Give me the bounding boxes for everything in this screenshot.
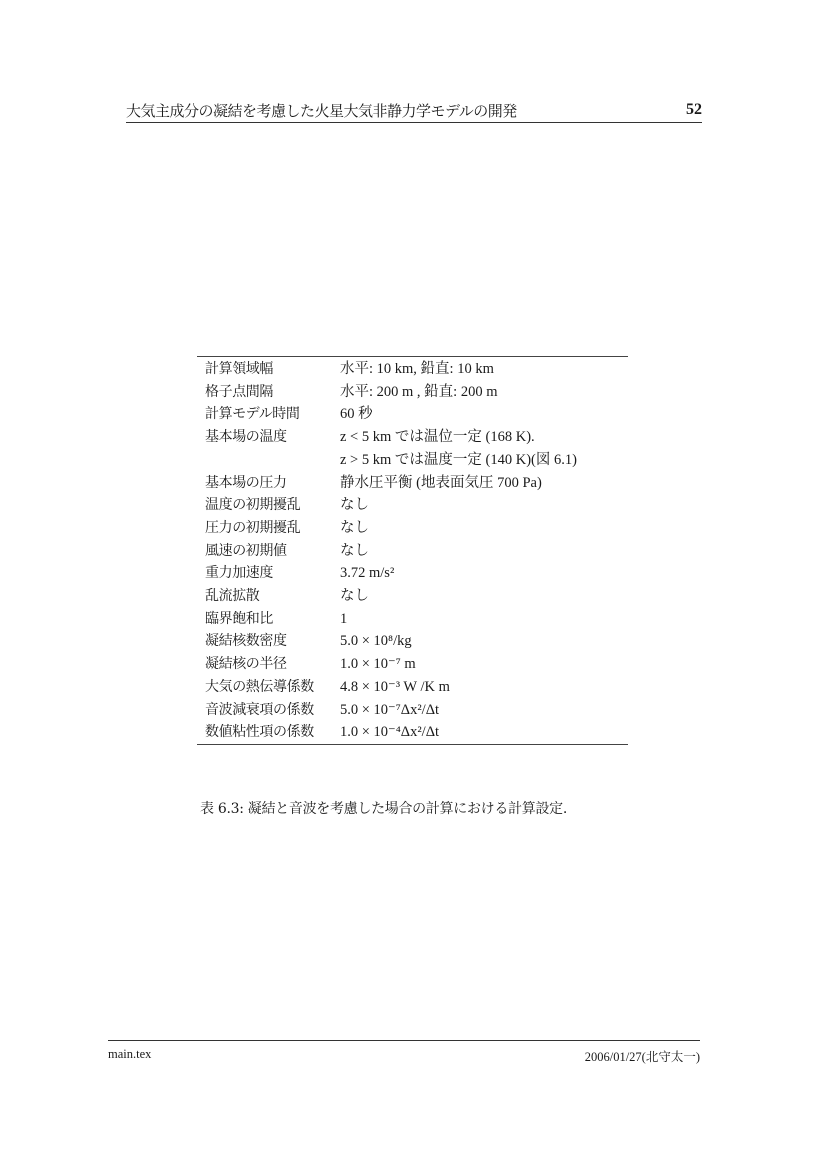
row-value: なし: [340, 517, 628, 540]
row-label: 数値粘性項の係数: [197, 721, 340, 744]
settings-table: 計算領域幅 水平: 10 km, 鉛直: 10 km 格子点間隔 水平: 200…: [197, 356, 628, 745]
row-label: 計算モデル時間: [197, 403, 340, 426]
table-row: 臨界飽和比 1: [197, 608, 628, 631]
row-value: 1.0 × 10⁻⁴Δx²/Δt: [340, 721, 628, 744]
row-label: 重力加速度: [197, 562, 340, 585]
row-label: 凝結核数密度: [197, 630, 340, 653]
row-label: 圧力の初期擾乱: [197, 517, 340, 540]
row-label: 音波減衰項の係数: [197, 699, 340, 722]
row-label: 風速の初期値: [197, 540, 340, 563]
row-value: z > 5 km では温度一定 (140 K)(図 6.1): [340, 449, 628, 472]
table-row: 温度の初期擾乱 なし: [197, 494, 628, 517]
row-label: [197, 449, 340, 472]
row-value: 5.0 × 10⁸/kg: [340, 630, 628, 653]
row-label: 基本場の温度: [197, 426, 340, 449]
row-value: 1: [340, 608, 628, 631]
row-label: 大気の熱伝導係数: [197, 676, 340, 699]
row-label: 格子点間隔: [197, 381, 340, 404]
table-row: z > 5 km では温度一定 (140 K)(図 6.1): [197, 449, 628, 472]
row-value: 1.0 × 10⁻⁷ m: [340, 653, 628, 676]
table-row: 大気の熱伝導係数 4.8 × 10⁻³ W /K m: [197, 676, 628, 699]
page-number: 52: [686, 101, 702, 119]
header-title: 大気主成分の凝結を考慮した火星大気非静力学モデルの開発: [126, 100, 517, 121]
table-row: 風速の初期値 なし: [197, 540, 628, 563]
running-footer: main.tex 2006/01/27(北守太一): [108, 1040, 700, 1041]
row-value: 水平: 200 m , 鉛直: 200 m: [340, 381, 628, 404]
table-row: 基本場の圧力 静水圧平衡 (地表面気圧 700 Pa): [197, 472, 628, 495]
table-row: 数値粘性項の係数 1.0 × 10⁻⁴Δx²/Δt: [197, 721, 628, 744]
table-row: 基本場の温度 z < 5 km では温位一定 (168 K).: [197, 426, 628, 449]
table-row: 格子点間隔 水平: 200 m , 鉛直: 200 m: [197, 381, 628, 404]
row-value: z < 5 km では温位一定 (168 K).: [340, 426, 628, 449]
row-value: なし: [340, 540, 628, 563]
table-row: 計算領域幅 水平: 10 km, 鉛直: 10 km: [197, 357, 628, 381]
row-label: 計算領域幅: [197, 357, 340, 381]
row-label: 乱流拡散: [197, 585, 340, 608]
row-value: 水平: 10 km, 鉛直: 10 km: [340, 357, 628, 381]
row-value: 3.72 m/s²: [340, 562, 628, 585]
running-header: 大気主成分の凝結を考慮した火星大気非静力学モデルの開発 52: [126, 100, 702, 123]
row-value: 静水圧平衡 (地表面気圧 700 Pa): [340, 472, 628, 495]
row-label: 臨界飽和比: [197, 608, 340, 631]
footer-date-author: 2006/01/27(北守太一): [585, 1047, 700, 1065]
table-row: 凝結核数密度 5.0 × 10⁸/kg: [197, 630, 628, 653]
table-row: 計算モデル時間 60 秒: [197, 403, 628, 426]
row-value: 4.8 × 10⁻³ W /K m: [340, 676, 628, 699]
row-value: 5.0 × 10⁻⁷Δx²/Δt: [340, 699, 628, 722]
row-label: 基本場の圧力: [197, 472, 340, 495]
row-label: 凝結核の半径: [197, 653, 340, 676]
row-label: 温度の初期擾乱: [197, 494, 340, 517]
table-row: 圧力の初期擾乱 なし: [197, 517, 628, 540]
table-caption: 表 6.3: 凝結と音波を考慮した場合の計算における計算設定.: [200, 798, 567, 818]
table-row: 音波減衰項の係数 5.0 × 10⁻⁷Δx²/Δt: [197, 699, 628, 722]
table-row: 乱流拡散 なし: [197, 585, 628, 608]
footer-filename: main.tex: [108, 1047, 151, 1062]
table-row: 重力加速度 3.72 m/s²: [197, 562, 628, 585]
row-value: 60 秒: [340, 403, 628, 426]
table-row: 凝結核の半径 1.0 × 10⁻⁷ m: [197, 653, 628, 676]
row-value: なし: [340, 585, 628, 608]
row-value: なし: [340, 494, 628, 517]
